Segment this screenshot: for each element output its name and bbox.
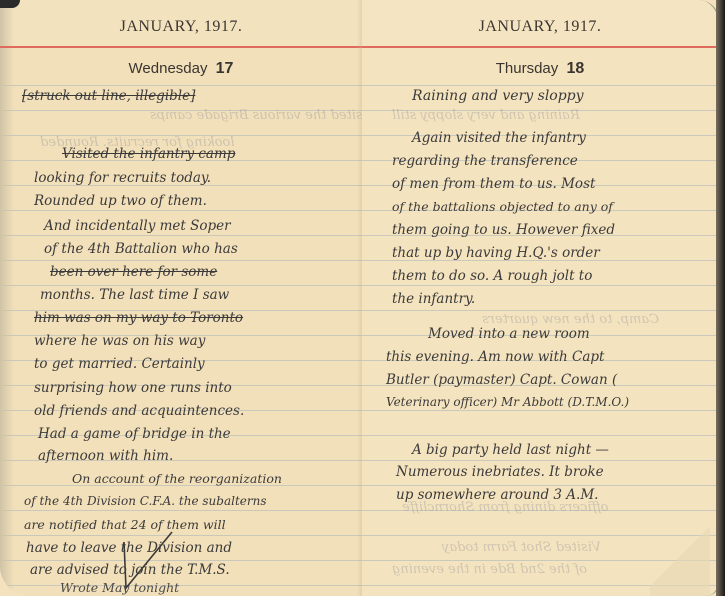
entry-line: Veterinary officer) Mr Abbott (D.T.M.O.) [386, 395, 629, 409]
entry-line: this evening. Am now with Capt [386, 349, 604, 365]
checkmark-icon [120, 530, 180, 590]
struck-line: [struck out line, illegible] [22, 88, 195, 104]
entry-line: Moved into a new room [428, 326, 590, 342]
entry-line: that up by having H.Q.'s order [392, 245, 600, 261]
entry-line: A big party held last night — [412, 442, 609, 458]
left-header-rule [0, 46, 362, 48]
entry-line: them to do so. A rough jolt to [392, 268, 592, 284]
entry-line: him was on my way to Toronto [34, 310, 243, 326]
bleed-through-text: Raining and very sloppy still [392, 108, 580, 123]
entry-line: And incidentally met Soper [44, 218, 231, 234]
bleed-through-text: of the 2nd Bde in the evening [392, 562, 587, 577]
right-page: JANUARY, 1917. Thursday 18 Raining and v… [362, 0, 720, 596]
page-corner-fold [650, 516, 710, 596]
entry-line: of men from them to us. Most [392, 176, 595, 192]
entry-line: of the battalions objected to any of [392, 199, 613, 214]
book-cover-edge [716, 0, 725, 596]
diary-spread: JANUARY, 1917. Wednesday 17 Visited the … [0, 0, 725, 596]
entry-line: afternoon with him. [38, 448, 173, 464]
entry-line: the infantry. [392, 291, 475, 307]
entry-line: Visited the infantry camp [62, 146, 235, 162]
bleed-through-text: Camp, to the new quarters [482, 312, 659, 327]
entry-line: Had a game of bridge in the [38, 426, 231, 442]
left-day-number: 17 [216, 60, 234, 77]
right-day-name: Thursday [496, 60, 559, 77]
entry-line: been over here for some [50, 264, 217, 280]
entry-line: regarding the transference [392, 153, 578, 169]
right-header-rule [362, 46, 718, 48]
entry-line: Rounded up two of them. [34, 193, 207, 209]
entry-line: to get married. Certainly [34, 356, 205, 372]
entry-line: old friends and acquaintences. [34, 403, 244, 419]
page-curl-shadow [0, 0, 14, 596]
entry-line: Butler (paymaster) Capt. Cowan ( [386, 372, 617, 388]
entry-line: On account of the reorganization [72, 471, 282, 486]
bleed-through-text: Visited the various Brigade camps [150, 108, 362, 123]
entry-line: Again visited the infantry [412, 130, 586, 146]
entry-line: them going to us. However fixed [392, 222, 615, 238]
entry-line: of the 4th Battalion who has [44, 241, 238, 257]
entry-line: where he was on his way [34, 333, 205, 349]
entry-line: of the 4th Division C.F.A. the subaltern… [24, 494, 267, 508]
entry-line: up somewhere around 3 A.M. [396, 487, 598, 503]
left-month-header: JANUARY, 1917. [0, 18, 362, 36]
entry-line: surprising how one runs into [34, 380, 232, 396]
left-day-heading: Wednesday 17 [0, 60, 362, 78]
left-page: JANUARY, 1917. Wednesday 17 Visited the … [0, 0, 362, 596]
right-day-number: 18 [566, 60, 584, 77]
entry-line: months. The last time I saw [40, 287, 229, 303]
entry-line: Numerous inebriates. It broke [396, 464, 604, 480]
entry-line: looking for recruits today. [34, 170, 211, 186]
right-day-heading: Thursday 18 [362, 60, 718, 78]
bleed-through-text: Visited Shot Farm today [442, 540, 601, 555]
right-month-header: JANUARY, 1917. [362, 18, 718, 36]
entry-line: Raining and very sloppy [412, 88, 584, 104]
left-day-name: Wednesday [129, 60, 208, 77]
